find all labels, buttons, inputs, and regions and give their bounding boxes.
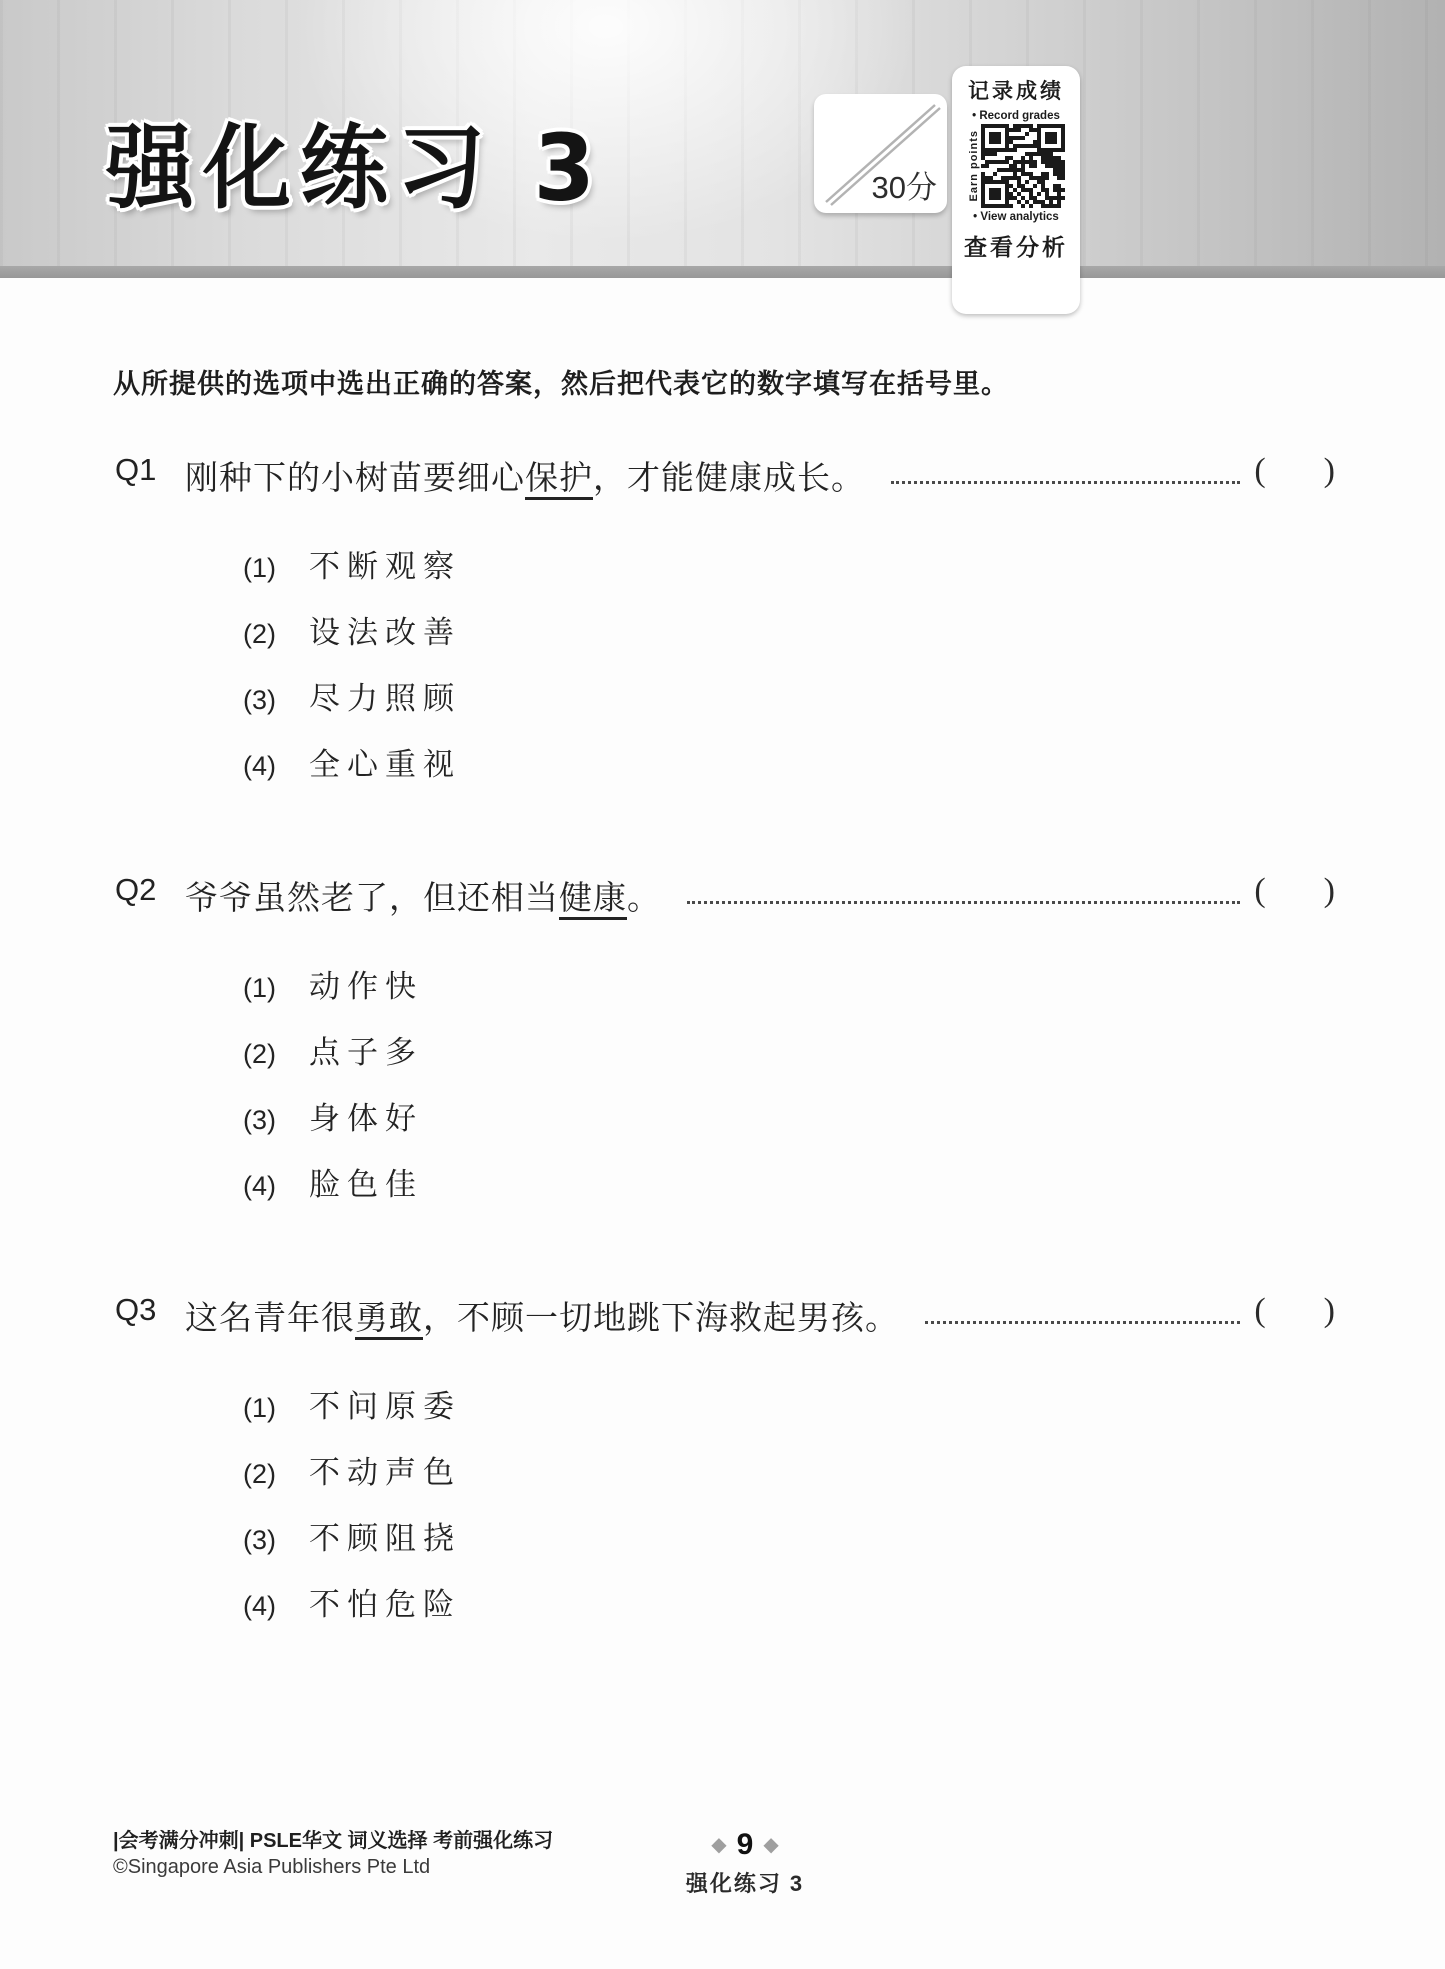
- score-label: 30分: [872, 162, 937, 207]
- qr-mid-row: Earn points: [968, 124, 1065, 208]
- option-row: (4)全心重视: [243, 739, 1335, 805]
- underlined-word: 健康: [559, 881, 627, 917]
- diamond-icon: ◆: [763, 1834, 778, 1856]
- option-row: (1)不断观察: [243, 541, 1335, 607]
- question-3-sentence: 这名青年很勇敢，不顾一切地跳下海救起男孩。: [185, 1292, 899, 1339]
- qr-side-label: Earn points: [968, 130, 980, 202]
- option-row: (3)不顾阻挠: [243, 1513, 1335, 1579]
- option-row: (3)尽力照顾: [243, 673, 1335, 739]
- qr-bullet-record-grades: • Record grades: [972, 110, 1060, 122]
- option-row: (4)脸色佳: [243, 1159, 1335, 1225]
- page-number: 9: [737, 1828, 754, 1861]
- footer-section-name: 强化练习 3: [635, 1867, 855, 1898]
- question-2: Q2 爷爷虽然老了，但还相当健康。 () (1)动作快 (2)点子多 (3)身体…: [115, 872, 1335, 1225]
- question-3-label: Q3: [115, 1292, 185, 1328]
- underlined-word: 勇敢: [355, 1301, 423, 1337]
- score-badge: 30分: [814, 94, 947, 213]
- worksheet-page: 强化练习 3 30分 记录成绩 • Record grades Earn poi…: [0, 0, 1445, 1969]
- question-2-options: (1)动作快 (2)点子多 (3)身体好 (4)脸色佳: [115, 961, 1335, 1225]
- question-1-label: Q1: [115, 452, 185, 488]
- question-2-label: Q2: [115, 872, 185, 908]
- question-3-options: (1)不问原委 (2)不动声色 (3)不顾阻挠 (4)不怕危险: [115, 1381, 1335, 1645]
- footer-publisher-block: |会考满分冲刺| PSLE华文 词义选择 考前强化练习 ©Singapore A…: [113, 1824, 553, 1879]
- dotted-leader: [687, 872, 1240, 904]
- footer-page-block: ◆9◆ 强化练习 3: [635, 1828, 855, 1898]
- instruction-text: 从所提供的选项中选出正确的答案，然后把代表它的数字填写在括号里。: [113, 362, 1009, 401]
- question-1-options: (1)不断观察 (2)设法改善 (3)尽力照顾 (4)全心重视: [115, 541, 1335, 805]
- question-1: Q1 刚种下的小树苗要细心保护，才能健康成长。 () (1)不断观察 (2)设法…: [115, 452, 1335, 805]
- question-2-sentence: 爷爷虽然老了，但还相当健康。: [185, 872, 661, 919]
- option-row: (4)不怕危险: [243, 1579, 1335, 1645]
- option-row: (2)点子多: [243, 1027, 1335, 1093]
- page-title: 强化练习 3: [106, 95, 604, 226]
- dotted-leader: [891, 452, 1240, 484]
- option-row: (3)身体好: [243, 1093, 1335, 1159]
- question-2-row: Q2 爷爷虽然老了，但还相当健康。 (): [115, 872, 1335, 919]
- option-row: (2)不动声色: [243, 1447, 1335, 1513]
- page-number-row: ◆9◆: [635, 1828, 855, 1862]
- dotted-leader: [925, 1292, 1240, 1324]
- option-row: (2)设法改善: [243, 607, 1335, 673]
- qr-card-title: 记录成绩: [968, 75, 1064, 105]
- option-row: (1)不问原委: [243, 1381, 1335, 1447]
- question-1-sentence: 刚种下的小树苗要细心保护，才能健康成长。: [185, 452, 865, 499]
- answer-brackets: (): [1254, 1292, 1335, 1330]
- answer-brackets: (): [1254, 872, 1335, 910]
- underlined-word: 保护: [525, 461, 593, 497]
- qr-bullet-view-analytics: • View analytics: [973, 211, 1059, 223]
- question-3-row: Q3 这名青年很勇敢，不顾一切地跳下海救起男孩。 (): [115, 1292, 1335, 1339]
- footer-copyright: ©Singapore Asia Publishers Pte Ltd: [113, 1856, 553, 1879]
- footer-series-line: |会考满分冲刺| PSLE华文 词义选择 考前强化练习: [113, 1824, 553, 1853]
- diamond-icon: ◆: [711, 1834, 726, 1856]
- qr-card-footer: 查看分析: [964, 229, 1068, 262]
- qr-card: 记录成绩 • Record grades Earn points • View …: [952, 66, 1080, 314]
- qr-code: [981, 124, 1065, 208]
- option-row: (1)动作快: [243, 961, 1335, 1027]
- question-3: Q3 这名青年很勇敢，不顾一切地跳下海救起男孩。 () (1)不问原委 (2)不…: [115, 1292, 1335, 1645]
- question-1-row: Q1 刚种下的小树苗要细心保护，才能健康成长。 (): [115, 452, 1335, 499]
- answer-brackets: (): [1254, 452, 1335, 490]
- header-divider-bar: [0, 266, 1445, 278]
